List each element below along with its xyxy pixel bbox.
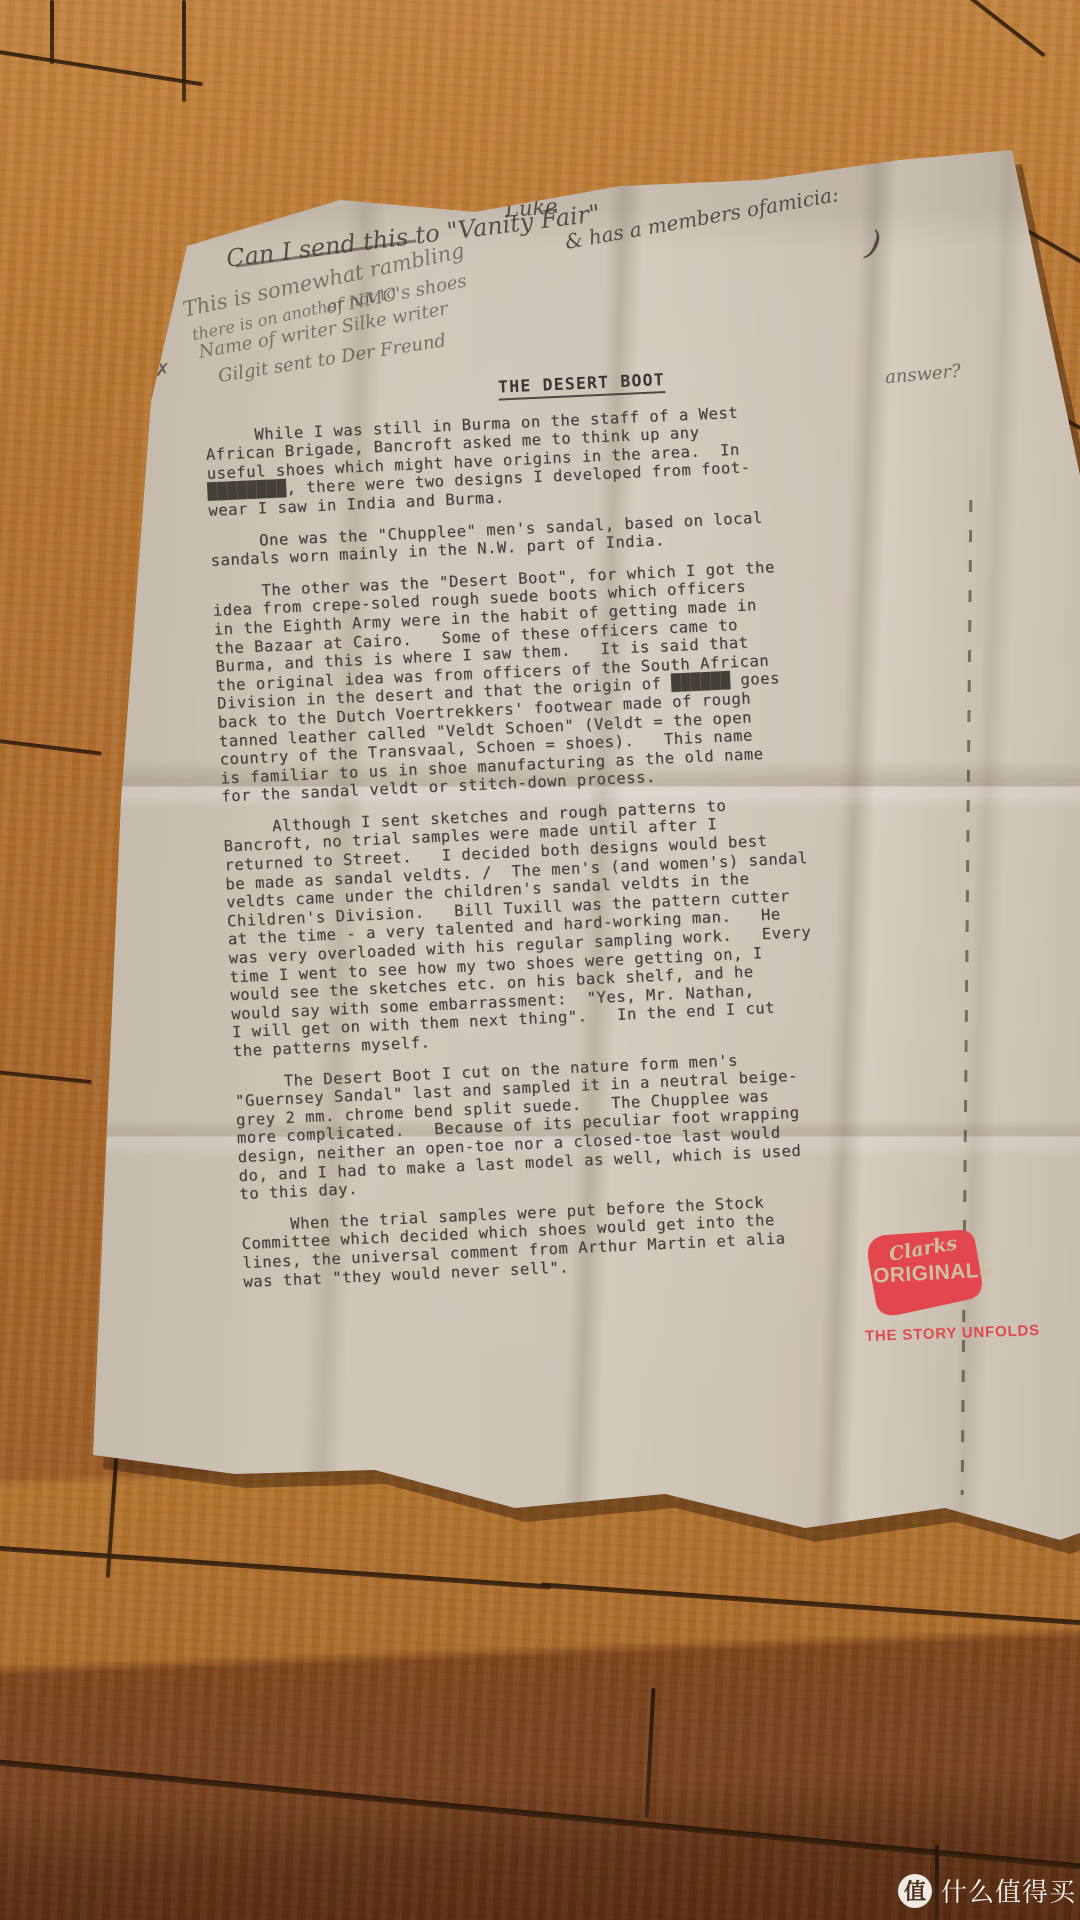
logo-tagline: THE STORY UNFOLDS — [865, 1322, 1041, 1345]
clarks-originals-logo-badge: Clarks ORIGINALS — [858, 1222, 993, 1321]
smzdm-watermark-text: 什么值得买 — [941, 1872, 1076, 1909]
dashed-ink-fold-line — [961, 500, 973, 1495]
folded-letter-paper: LukeCan I send this to "Vanity Fair"& ha… — [85, 140, 1080, 1570]
typed-paragraph: Although I sent sketches and rough patte… — [222, 787, 956, 1061]
smzdm-watermark: 值 什么值得买 — [898, 1872, 1076, 1909]
letter-title: THE DESERT BOOT — [498, 371, 666, 400]
plank-gap-line — [182, 0, 186, 102]
plank-gap-line — [50, 0, 54, 64]
typed-letter: THE DESERT BOOT While I was still in Bur… — [203, 359, 968, 1304]
smzdm-watermark-icon: 值 — [898, 1874, 932, 1908]
handwritten-note: & has a members ofamicia: — [563, 182, 840, 254]
typed-paragraph: The other was the "Desert Boot", for whi… — [212, 551, 945, 807]
handwritten-note: ) — [863, 223, 884, 265]
typed-paragraph: The Desert Boot I cut on the nature form… — [234, 1041, 963, 1204]
typed-body: While I was still in Burma on the staff … — [205, 395, 967, 1291]
typed-paragraph: While I was still in Burma on the staff … — [205, 395, 932, 521]
